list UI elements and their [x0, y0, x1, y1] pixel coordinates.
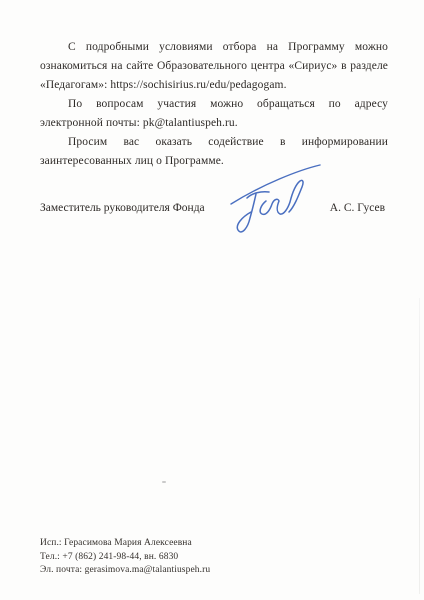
letter-body: С подробными условиями отбора на Програм…: [40, 38, 388, 171]
scan-edge-artifact: [419, 298, 420, 594]
scan-speck-artifact: [162, 481, 166, 483]
executor-name-line: Исп.: Герасимова Мария Алексеевна: [40, 537, 210, 551]
signature-flourish-stroke: [231, 165, 320, 204]
executor-footer: Исп.: Герасимова Мария Алексеевна Тел.: …: [40, 537, 210, 578]
paragraph-contact-email: По вопросам участия можно обращаться по …: [40, 95, 388, 133]
signer-title: Заместитель руководителя Фонда: [40, 201, 205, 216]
paragraph-request-assistance: Просим вас оказать содействие в информир…: [40, 133, 388, 171]
handwritten-signature: [225, 156, 325, 240]
paragraph-program-info: С подробными условиями отбора на Програм…: [40, 38, 388, 95]
signature-row: Заместитель руководителя Фонда А. С. Гус…: [40, 201, 385, 216]
executor-email-line: Эл. почта: gerasimova.ma@talantiuspeh.ru: [40, 564, 210, 578]
signer-name: А. С. Гусев: [330, 201, 385, 216]
letter-page: С подробными условиями отбора на Програм…: [0, 0, 424, 600]
executor-phone-line: Тел.: +7 (862) 241-98-44, вн. 6830: [40, 551, 210, 565]
